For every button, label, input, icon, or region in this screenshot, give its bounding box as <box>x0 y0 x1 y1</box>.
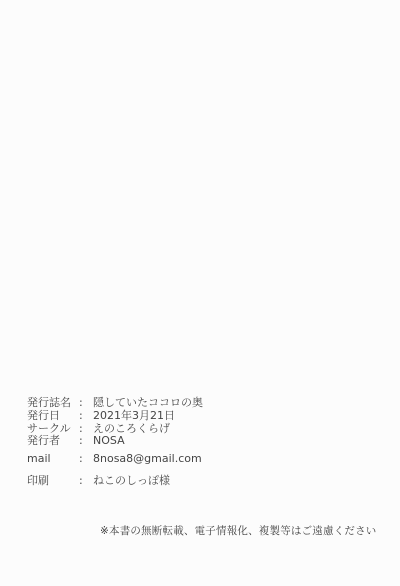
colophon-block: 発行誌名 : 隠していたココロの奥 発行日 : 2021年3月21日 サークル … <box>27 397 203 488</box>
field-separator: : <box>79 453 93 466</box>
colophon-row-print: 印刷 : ねこのしっぽ様 <box>27 475 203 488</box>
field-separator: : <box>79 397 93 410</box>
colophon-row-title: 発行誌名 : 隠していたココロの奥 <box>27 397 203 410</box>
field-separator: : <box>79 475 93 488</box>
email-address: 8nosa8@gmail.com <box>93 453 203 466</box>
field-label: 発行者 <box>27 435 79 448</box>
colophon-row-date: 発行日 : 2021年3月21日 <box>27 410 203 423</box>
field-label: mail <box>27 453 79 466</box>
copyright-notice: ※本書の無断転載、電子情報化、複製等はご遠慮ください <box>100 525 377 538</box>
field-value: ねこのしっぽ様 <box>93 475 203 488</box>
scanned-colophon-page: 発行誌名 : 隠していたココロの奥 発行日 : 2021年3月21日 サークル … <box>0 0 400 586</box>
field-label: 印刷 <box>27 475 79 488</box>
colophon-row-publisher: 発行者 : NOSA <box>27 435 203 448</box>
field-value: 2021年3月21日 <box>93 410 203 423</box>
field-label: 発行誌名 <box>27 397 79 410</box>
field-value: 隠していたココロの奥 <box>93 397 203 410</box>
colophon-row-mail: mail : 8nosa8@gmail.com <box>27 453 203 466</box>
field-value: NOSA <box>93 435 203 448</box>
field-label: 発行日 <box>27 410 79 423</box>
field-separator: : <box>79 410 93 423</box>
field-separator: : <box>79 435 93 448</box>
